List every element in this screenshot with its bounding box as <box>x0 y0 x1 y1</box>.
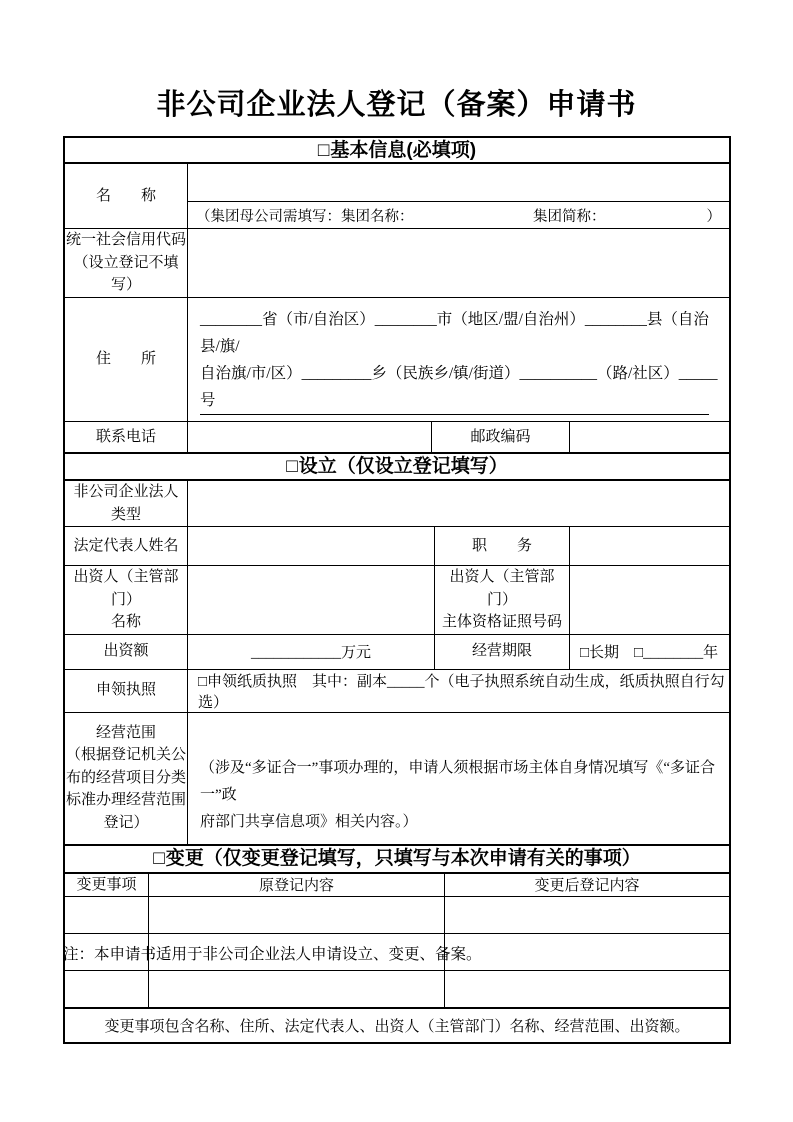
credit-code-label: 统一社会信用代码 （设立登记不填写） <box>65 229 187 297</box>
change-entry-row <box>65 896 729 933</box>
capital-row: 出资额 ____________万元 经营期限 □长期 □________年 <box>65 634 729 669</box>
setup-section-checkbox[interactable]: □ <box>286 457 297 476</box>
investor-cert-label: 出资人（主管部门） 主体资格证照号码 <box>434 566 569 634</box>
application-form: □基本信息(必填项) 名 称 （集团母公司需填写：集团名称： 集团简称： ） 统… <box>63 136 731 1044</box>
form-note: 注：本申请书适用于非公司企业法人申请设立、变更、备案。 <box>63 942 482 964</box>
group-name-label: （集团母公司需填写：集团名称： <box>196 205 414 226</box>
name-input-cell[interactable] <box>188 164 729 201</box>
postal-code-input-cell[interactable] <box>569 422 729 452</box>
section-basic-header: □基本信息(必填项) <box>65 138 729 162</box>
scope-label: 经营范围 （根据登记机关公 布的经营项目分类 标准办理经营范围 登记） <box>65 713 187 844</box>
change-item-input-cell[interactable] <box>65 897 148 933</box>
name-cell-stack: （集团母公司需填写：集团名称： 集团简称： ） <box>187 164 729 228</box>
basic-section-checkbox[interactable]: □ <box>318 141 329 160</box>
change-table-header-row: 变更事项 原登记内容 变更后登记内容 <box>65 872 729 897</box>
group-info-line: （集团母公司需填写：集团名称： 集团简称： ） <box>188 201 729 228</box>
section-change-header: □变更（仅变更登记填写，只填写与本次申请有关的事项） <box>65 844 729 872</box>
name-row: 名 称 （集团母公司需填写：集团名称： 集团简称： ） <box>65 162 729 228</box>
change-before-col-header: 原登记内容 <box>148 874 444 897</box>
change-footer-text: 变更事项包含名称、住所、法定代表人、出资人（主管部门）名称、经营范围、出资额。 <box>65 1009 729 1042</box>
change-item-col-header: 变更事项 <box>65 874 148 897</box>
capital-input-cell[interactable]: ____________万元 <box>187 635 434 669</box>
investor-name-label: 出资人（主管部门） 名称 <box>65 566 187 634</box>
change-before-input-cell[interactable] <box>148 971 444 1007</box>
license-label: 申领执照 <box>65 670 187 712</box>
license-option[interactable]: □申领纸质执照 其中：副本_____个（电子执照系统自动生成，纸质执照自行勾选） <box>187 670 729 712</box>
change-after-input-cell[interactable] <box>444 971 729 1007</box>
section-setup-header: □设立（仅设立登记填写） <box>65 452 729 479</box>
document-page: 非公司企业法人登记（备案）申请书 □基本信息(必填项) 名 称 （集团母公司需填… <box>0 0 793 1122</box>
investor-name-input-cell[interactable] <box>187 566 434 634</box>
change-entry-row <box>65 970 729 1007</box>
position-input-cell[interactable] <box>569 527 729 565</box>
scope-input-cell[interactable]: （涉及“多证合一”事项办理的，申请人须根据市场主体自身情况填写《“多证合一”政 … <box>187 713 729 844</box>
address-blanks-text: ________省（市/自治区）________市（地区/盟/自治州）_____… <box>200 306 719 415</box>
change-before-input-cell[interactable] <box>148 897 444 933</box>
scope-row: 经营范围 （根据登记机关公 布的经营项目分类 标准办理经营范围 登记） （涉及“… <box>65 712 729 844</box>
entity-type-row: 非公司企业法人 类型 <box>65 479 729 526</box>
legal-rep-row: 法定代表人姓名 职 务 <box>65 526 729 565</box>
basic-section-title: 基本信息(必填项) <box>330 141 476 160</box>
address-fill-underline[interactable] <box>200 414 709 415</box>
change-section-checkbox[interactable]: □ <box>153 849 164 868</box>
group-close-paren: ） <box>707 205 722 226</box>
address-input-cell[interactable]: ________省（市/自治区）________市（地区/盟/自治州）_____… <box>187 298 729 422</box>
legal-rep-input-cell[interactable] <box>187 527 434 565</box>
setup-section-title: 设立（仅设立登记填写） <box>299 457 508 476</box>
entity-type-label: 非公司企业法人 类型 <box>65 481 187 526</box>
address-label: 住 所 <box>65 298 187 422</box>
group-abbr-label: 集团简称： <box>533 205 606 226</box>
change-after-col-header: 变更后登记内容 <box>444 874 729 897</box>
name-label: 名 称 <box>65 164 187 228</box>
change-after-input-cell[interactable] <box>444 934 729 970</box>
capital-label: 出资额 <box>65 635 187 669</box>
form-title: 非公司企业法人登记（备案）申请书 <box>0 82 793 123</box>
change-item-input-cell[interactable] <box>65 971 148 1007</box>
license-row: 申领执照 □申领纸质执照 其中：副本_____个（电子执照系统自动生成，纸质执照… <box>65 669 729 712</box>
term-label: 经营期限 <box>434 635 569 669</box>
scope-note-text: （涉及“多证合一”事项办理的，申请人须根据市场主体自身情况填写《“多证合一”政 … <box>200 755 719 836</box>
phone-row: 联系电话 邮政编码 <box>65 421 729 452</box>
change-section-title: 变更（仅变更登记填写，只填写与本次申请有关的事项） <box>166 849 641 868</box>
position-label: 职 务 <box>434 527 569 565</box>
credit-code-input-cell[interactable] <box>187 229 729 297</box>
phone-label: 联系电话 <box>65 422 187 452</box>
postal-code-label: 邮政编码 <box>431 422 569 452</box>
investor-row: 出资人（主管部门） 名称 出资人（主管部门） 主体资格证照号码 <box>65 565 729 634</box>
entity-type-input-cell[interactable] <box>187 481 729 526</box>
legal-rep-label: 法定代表人姓名 <box>65 527 187 565</box>
change-after-input-cell[interactable] <box>444 897 729 933</box>
address-row: 住 所 ________省（市/自治区）________市（地区/盟/自治州）_… <box>65 297 729 422</box>
credit-code-row: 统一社会信用代码 （设立登记不填写） <box>65 228 729 297</box>
term-options[interactable]: □长期 □________年 <box>569 635 729 669</box>
change-footer-row: 变更事项包含名称、住所、法定代表人、出资人（主管部门）名称、经营范围、出资额。 <box>65 1007 729 1042</box>
investor-cert-input-cell[interactable] <box>569 566 729 634</box>
phone-input-cell[interactable] <box>187 422 431 452</box>
